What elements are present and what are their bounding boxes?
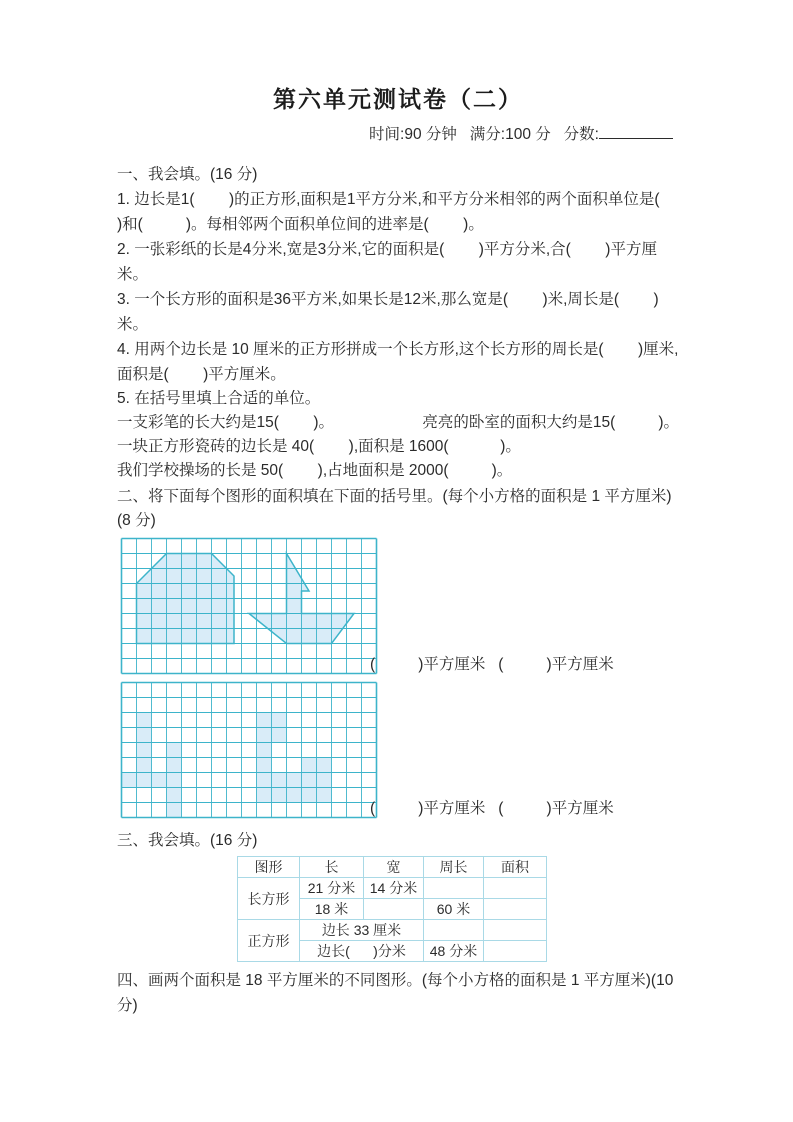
exam-info-text: 时间:90 分钟 满分:100 分 分数: — [369, 126, 599, 143]
figure-2-grid — [120, 681, 378, 819]
cell-perimeter — [424, 878, 484, 899]
cell-side-length: 边长( )分米 — [300, 941, 424, 962]
paper-content: 第六单元测试卷（二） 时间:90 分钟 满分:100 分 分数: 一、我会填。(… — [117, 84, 679, 1018]
col-header-perimeter: 周长 — [424, 857, 484, 878]
col-header-length: 长 — [300, 857, 364, 878]
figure-2: ( )平方厘米 ( )平方厘米 — [120, 681, 679, 820]
col-header-width: 宽 — [364, 857, 424, 878]
cell-perimeter: 48 分米 — [424, 941, 484, 962]
exam-info-line: 时间:90 分钟 满分:100 分 分数: — [117, 122, 679, 147]
cell-area — [484, 899, 547, 920]
section-1-heading: 一、我会填。(16 分) — [117, 162, 679, 187]
shape-label-square: 正方形 — [238, 920, 300, 962]
question-5: 5. 在括号里填上合适的单位。 — [117, 387, 679, 411]
shape-label-rectangle: 长方形 — [238, 878, 300, 920]
question-3: 3. 一个长方形的面积是36平方米,如果长是12米,那么宽是( )米,周长是( … — [117, 287, 679, 337]
cell-perimeter — [424, 920, 484, 941]
section-3-heading: 三、我会填。(16 分) — [117, 828, 679, 853]
table-header-row: 图形 长 宽 周长 面积 — [238, 857, 547, 878]
score-blank — [599, 124, 673, 139]
figure-1: ( )平方厘米 ( )平方厘米 — [120, 537, 679, 676]
question-1: 1. 边长是1( )的正方形,面积是1平方分米,和平方分米相邻的两个面积单位是(… — [117, 187, 679, 237]
figure-1-caption: ( )平方厘米 ( )平方厘米 — [370, 652, 614, 674]
cell-perimeter: 60 米 — [424, 899, 484, 920]
cell-area — [484, 941, 547, 962]
question-5a-right: 亮亮的卧室的面积大约是15( )。 — [422, 411, 679, 435]
question-5-line-b: 一块正方形瓷砖的边长是 40( ),面积是 1600( )。 — [117, 435, 679, 459]
cell-area — [484, 878, 547, 899]
table-row: 长方形 21 分米 14 分米 — [238, 878, 547, 899]
col-header-area: 面积 — [484, 857, 547, 878]
table-row: 正方形 边长 33 厘米 — [238, 920, 547, 941]
question-2: 2. 一张彩纸的长是4分米,宽是3分米,它的面积是( )平方分米,合( )平方厘… — [117, 237, 679, 287]
cell-width — [364, 899, 424, 920]
cell-area — [484, 920, 547, 941]
section-2-heading: 二、将下面每个图形的面积填在下面的括号里。(每个小方格的面积是 1 平方厘米)(… — [117, 485, 679, 533]
cell-width: 14 分米 — [364, 878, 424, 899]
test-paper-page: 第六单元测试卷（二） 时间:90 分钟 满分:100 分 分数: 一、我会填。(… — [0, 0, 793, 1122]
section-4-heading: 四、画两个面积是 18 平方厘米的不同图形。(每个小方格的面积是 1 平方厘米)… — [117, 968, 679, 1018]
figure-1-grid — [120, 537, 378, 675]
cell-side-length: 边长 33 厘米 — [300, 920, 424, 941]
question-5-line-a: 一支彩笔的长大约是15( )。 亮亮的卧室的面积大约是15( )。 — [117, 411, 679, 435]
fill-table: 图形 长 宽 周长 面积 长方形 21 分米 14 分米 18 米 60 米 正… — [237, 856, 547, 962]
question-4: 4. 用两个边长是 10 厘米的正方形拼成一个长方形,这个长方形的周长是( )厘… — [117, 337, 679, 387]
figure-2-caption: ( )平方厘米 ( )平方厘米 — [370, 796, 614, 818]
cell-length: 18 米 — [300, 899, 364, 920]
question-5a-left: 一支彩笔的长大约是15( )。 — [117, 411, 334, 435]
col-header-shape: 图形 — [238, 857, 300, 878]
cell-length: 21 分米 — [300, 878, 364, 899]
page-title: 第六单元测试卷（二） — [117, 84, 679, 116]
question-5-line-c: 我们学校操场的长是 50( ),占地面积是 2000( )。 — [117, 459, 679, 483]
